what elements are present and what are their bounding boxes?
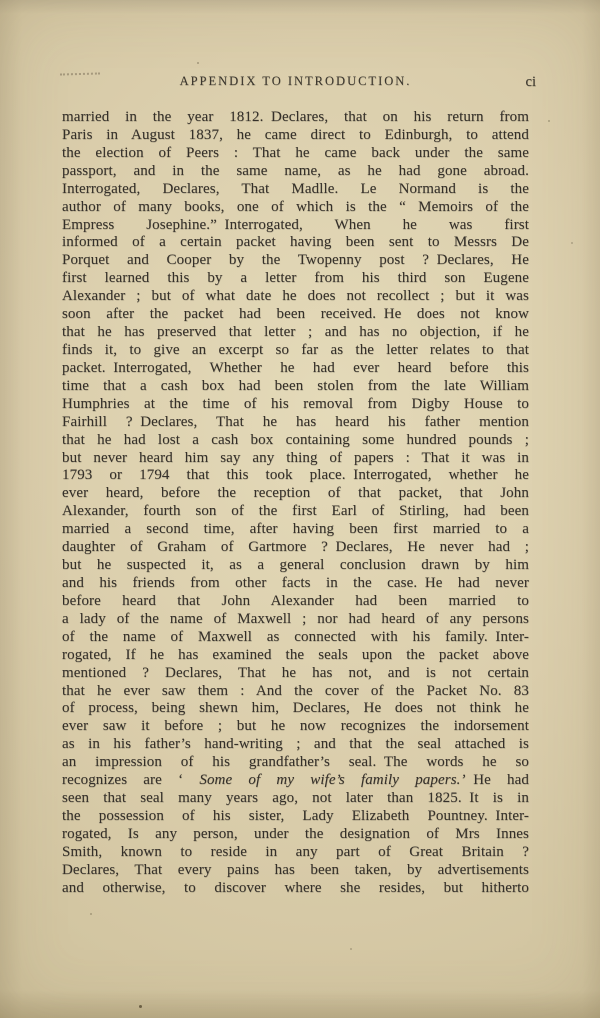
text-line: rogated, If he has examined the seals up…: [62, 647, 529, 665]
text-line: married in the year 1812. Declares, that…: [62, 109, 529, 127]
text-line: the election of Peers : That he came bac…: [62, 145, 529, 163]
text-line: mentioned ? Declares, That he has not, a…: [62, 665, 529, 683]
text-line: Interrogated, Declares, That Madlle. Le …: [62, 181, 529, 199]
text-line: an impression of his grandfather’s seal.…: [62, 754, 529, 772]
body-text: married in the year 1812. Declares, that…: [62, 109, 529, 898]
text-line: Alexander, fourth son of the first Earl …: [62, 503, 529, 521]
ink-speck: [520, 676, 522, 678]
running-header: APPENDIX TO INTRODUCTION.: [62, 74, 529, 89]
text-line: Paris in August 1837, he came direct to …: [62, 127, 529, 145]
text-line: the possession of his sister, Lady Eliza…: [62, 808, 529, 826]
ink-speck: [350, 948, 352, 950]
text-line: rogated, Is any person, under the design…: [62, 826, 529, 844]
text-line: Fairhill ? Declares, That he has heard h…: [62, 414, 529, 432]
text-line: time that a cash box had been stolen fro…: [62, 378, 529, 396]
text-line: and otherwise, to discover where she res…: [62, 880, 529, 898]
text-line: Porquet and Cooper by the Twopenny post …: [62, 252, 529, 270]
text-line: of the name of Maxwell as connected with…: [62, 629, 529, 647]
text-line: daughter of Graham of Gartmore ? Declare…: [62, 539, 529, 557]
text-line: recognizes are ‘ Some of my wife’s famil…: [62, 772, 529, 790]
text-line: a lady of the name of Maxwell ; nor had …: [62, 611, 529, 629]
text-line: before heard that John Alexander had bee…: [62, 593, 529, 611]
ink-speck: [197, 62, 199, 64]
text-line: first learned this by a letter from his …: [62, 270, 529, 288]
text-line: informed of a certain packet having been…: [62, 234, 529, 252]
text-line: Empress Josephine.” Interrogated, When h…: [62, 217, 529, 235]
text-line: 1793 or 1794 that this took place. Inter…: [62, 467, 529, 485]
text-line: seen that seal many years ago, not later…: [62, 790, 529, 808]
text-line: finds it, to give an excerpt so far as t…: [62, 342, 529, 360]
text-line: author of many books, one of which is th…: [62, 199, 529, 217]
text-line: married a second time, after having been…: [62, 521, 529, 539]
ink-speck: [548, 120, 550, 122]
page-number: ci: [526, 74, 536, 91]
text-line: that he ever saw them : And the cover of…: [62, 683, 529, 701]
text-line: that he had lost a cash box containing s…: [62, 432, 529, 450]
text-line: and his friends from other facts in the …: [62, 575, 529, 593]
ink-speck: [139, 1005, 142, 1008]
text-line: packet. Interrogated, Whether he had eve…: [62, 360, 529, 378]
text-line: but he suspected it, as a general conclu…: [62, 557, 529, 575]
ink-speck: [571, 242, 573, 244]
text-line: ever saw it before ; but he now recogniz…: [62, 718, 529, 736]
text-line: ever heard, before the reception of that…: [62, 485, 529, 503]
text-line: Alexander ; but of what date he does not…: [62, 288, 529, 306]
text-line: that he has preserved that letter ; and …: [62, 324, 529, 342]
text-line: but never heard him say any thing of pap…: [62, 450, 529, 468]
pencil-mark: [60, 72, 100, 78]
text-line: Humphries at the time of his removal fro…: [62, 396, 529, 414]
text-line: soon after the packet had been received.…: [62, 306, 529, 324]
text-line: Declares, That every pains has been take…: [62, 862, 529, 880]
text-line: as in his father’s hand-writing ; and th…: [62, 736, 529, 754]
text-line: of process, being shewn him, Declares, H…: [62, 700, 529, 718]
scanned-book-page: APPENDIX TO INTRODUCTION. ci married in …: [0, 0, 600, 1018]
ink-speck: [90, 913, 92, 915]
text-line: passport, and in the same name, as he ha…: [62, 163, 529, 181]
text-line: Smith, known to reside in any part of Gr…: [62, 844, 529, 862]
